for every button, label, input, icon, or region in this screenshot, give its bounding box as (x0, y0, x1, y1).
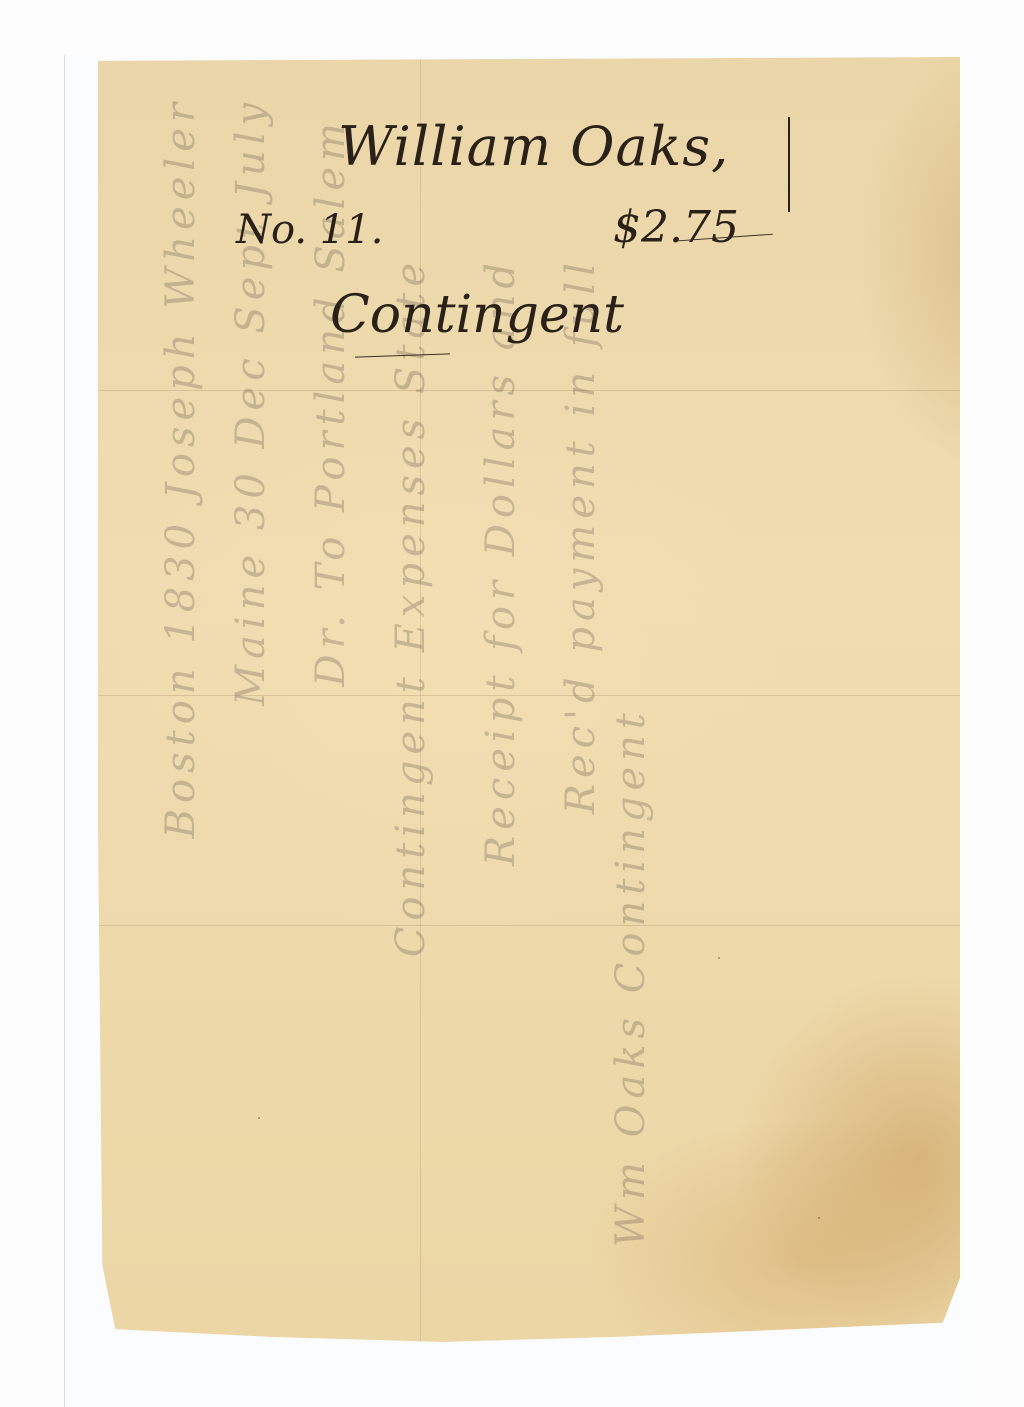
bleed-through-text: Contingent Expenses State (388, 257, 434, 957)
paper-speck (718, 957, 720, 959)
margin-rule (788, 117, 790, 212)
voucher-number: No. 11. (236, 207, 383, 253)
voucher-amount: $2.75 (613, 202, 739, 253)
bleed-through-text: Wm Oaks Contingent (608, 707, 654, 1247)
bleed-through-text: Maine 30 Dec Sept July (228, 97, 274, 706)
expense-category: Contingent (330, 285, 624, 345)
document-paper: Boston 1830 Joseph Wheeler Maine 30 Dec … (98, 57, 960, 1342)
bleed-through-text: Dr. To Portland Salem (308, 117, 354, 687)
paper-speck (818, 1217, 820, 1219)
fold-line (98, 925, 960, 926)
bleed-through-text: Boston 1830 Joseph Wheeler (158, 97, 204, 838)
bleed-through-text: Receipt for Dollars and (478, 257, 524, 866)
payee-name: William Oaks, (338, 115, 729, 178)
paper-speck (258, 1117, 260, 1119)
